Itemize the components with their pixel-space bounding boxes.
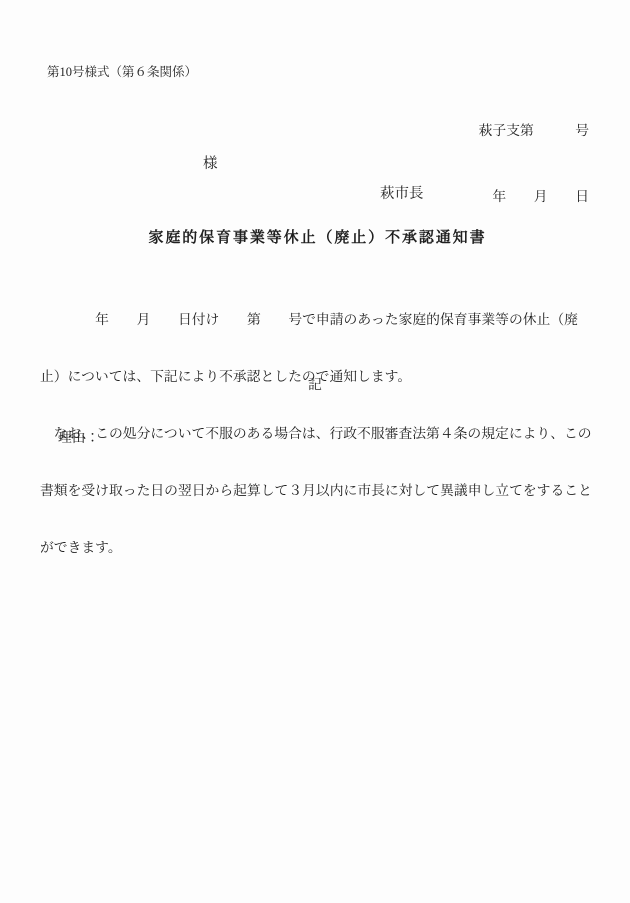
body-line: 年 月 日付け 第 号で申請のあった家庭的保育事業等の休止（廃	[40, 310, 596, 329]
sender-name: 萩市長	[380, 182, 424, 203]
notice-document: 第10号様式（第６条関係） 萩子支第 号 年 月 日 様 萩市長 家庭的保育事業…	[0, 0, 630, 903]
form-number-label: 第10号様式（第６条関係）	[47, 62, 197, 80]
document-title: 家庭的保育事業等休止（廃止）不承認通知書	[0, 226, 630, 247]
record-marker: 記	[0, 373, 630, 393]
doc-number-line: 萩子支第 号	[479, 120, 589, 142]
addressee-suffix: 様	[203, 152, 218, 173]
body-line: 書類を受け取った日の翌日から起算して３月以内に市長に対して異議申し立てをすること	[40, 481, 596, 500]
reason-label: 理由：	[58, 426, 99, 446]
date-line: 年 月 日	[479, 186, 589, 208]
body-line: ができます。	[40, 538, 596, 557]
body-paragraph: 年 月 日付け 第 号で申請のあった家庭的保育事業等の休止（廃 止）については、…	[40, 272, 596, 595]
body-line: なお、この処分について不服のある場合は、行政不服審査法第４条の規定により、この	[40, 424, 596, 443]
